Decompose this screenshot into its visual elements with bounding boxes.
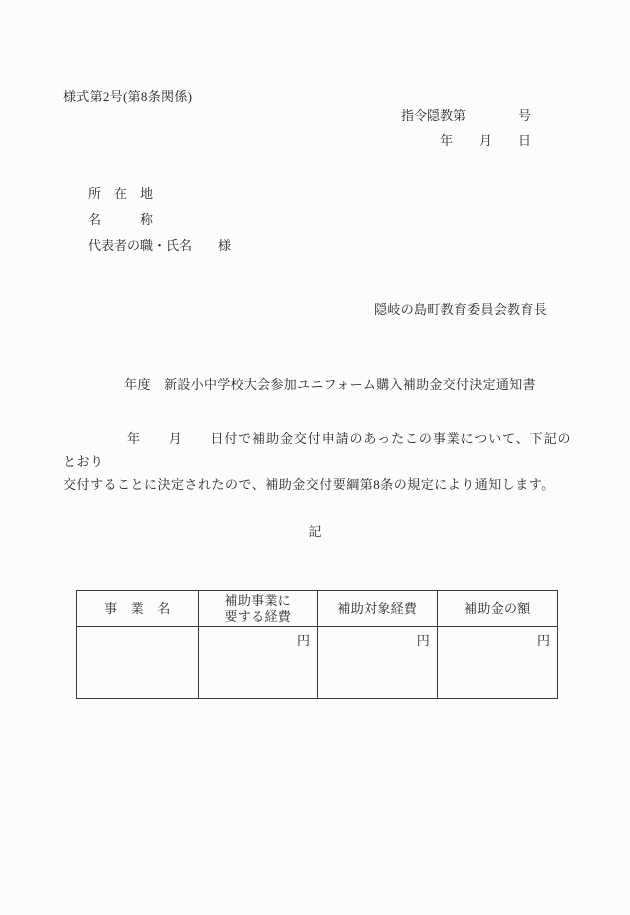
cell-eligible-expenses-yen: 円 xyxy=(317,627,437,699)
addressee-name-label: 名 称 xyxy=(88,207,231,233)
body-paragraph-line1: 年 月 日付で補助金交付申請のあったこの事業について、下記のとおり xyxy=(63,427,571,473)
body-paragraph-line2: 交付することに決定されたので、補助金交付要綱第8条の規定により通知します。 xyxy=(63,473,571,496)
document-title: 年度 新設小中学校大会参加ユニフォーム購入補助金交付決定通知書 xyxy=(0,374,630,393)
cell-grant-amount-yen: 円 xyxy=(437,627,557,699)
column-header-project-cost: 補助事業に 要する経費 xyxy=(198,591,317,627)
cell-project-name xyxy=(77,627,199,699)
form-number: 様式第2号(第8条関係) xyxy=(63,86,192,105)
cell-project-cost-yen: 円 xyxy=(198,627,317,699)
addressee-representative-line: 代表者の職・氏名 様 xyxy=(88,233,231,259)
directive-header-block: 指令隠教第 号 年 月 日 xyxy=(401,103,531,153)
column-header-grant-amount: 補助金の額 xyxy=(437,591,557,627)
addressee-address-label: 所 在 地 xyxy=(88,181,231,207)
issue-date-line: 年 月 日 xyxy=(401,128,531,153)
notification-document-page: 様式第2号(第8条関係) 指令隠教第 号 年 月 日 所 在 地 名 称 代表者… xyxy=(0,0,630,915)
column-header-project-name: 事 業 名 xyxy=(77,591,199,627)
grant-table-value-row: 円 円 円 xyxy=(77,627,558,699)
addressee-block: 所 在 地 名 称 代表者の職・氏名 様 xyxy=(88,181,231,259)
grant-decision-table: 事 業 名 補助事業に 要する経費 補助対象経費 補助金の額 円 円 円 xyxy=(76,590,558,699)
column-header-eligible-expenses: 補助対象経費 xyxy=(317,591,437,627)
sender-title: 隠岐の島町教育委員会教育長 xyxy=(374,299,547,318)
record-marker: 記 xyxy=(0,521,630,540)
body-paragraph: 年 月 日付で補助金交付申請のあったこの事業について、下記のとおり 交付すること… xyxy=(63,427,571,496)
grant-table-header-row: 事 業 名 補助事業に 要する経費 補助対象経費 補助金の額 xyxy=(77,591,558,627)
directive-number-line: 指令隠教第 号 xyxy=(401,103,531,128)
